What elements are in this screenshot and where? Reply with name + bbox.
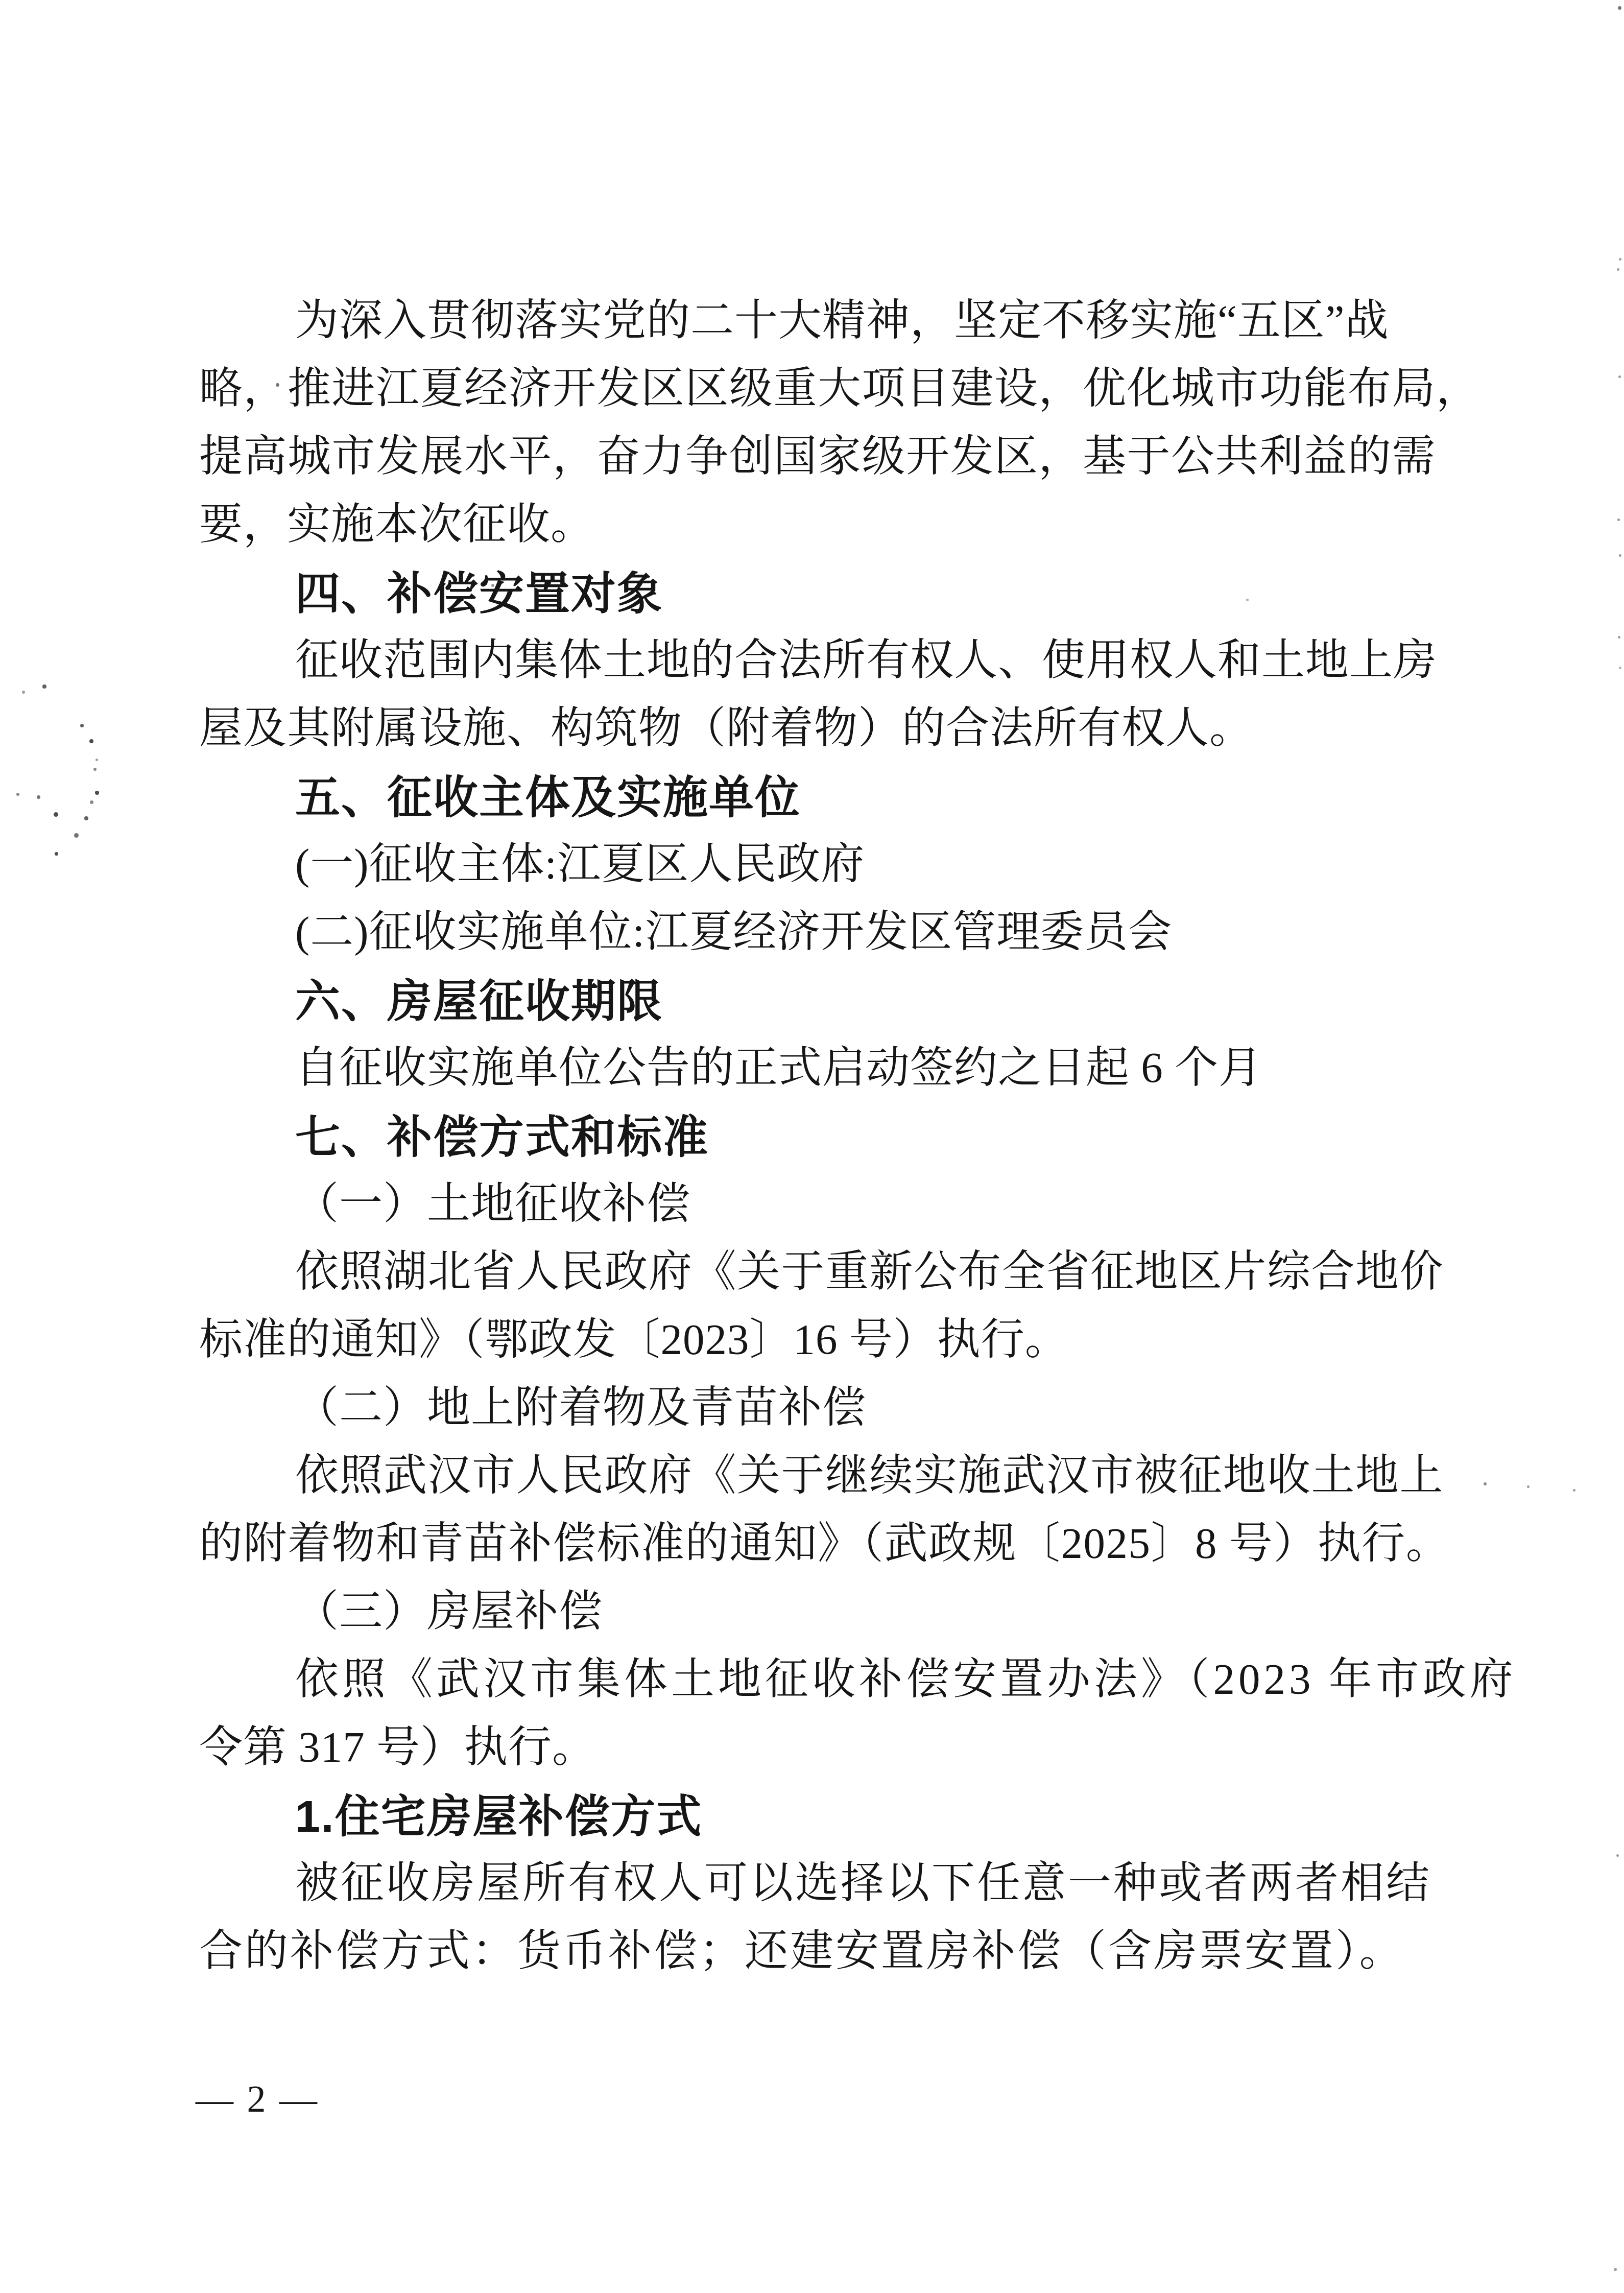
paragraph-line: 依照湖北省人民政府《关于重新公布全省征地区片综合地价 <box>295 1248 1444 1296</box>
scan-speck <box>1527 1485 1530 1488</box>
paragraph-line: 被征收房屋所有权人可以选择以下任意一种或者两者相结 <box>295 1859 1431 1908</box>
section-heading: 七、补偿方式和标准 <box>295 1112 709 1163</box>
paragraph-line: 的附着物和青苗补偿标准的通知》（武政规〔2025〕8 号）执行。 <box>199 1520 1450 1568</box>
paragraph-line: 自征收实施单位公告的正式启动签约之日起 6 个月 <box>295 1044 1262 1093</box>
list-item: (二)征收实施单位:江夏经济开发区管理委员会 <box>295 908 1172 957</box>
scan-speck <box>95 759 98 761</box>
section-heading: 六、房屋征收期限 <box>295 976 663 1027</box>
scan-speck <box>80 724 84 727</box>
section-heading: 1.住宅房屋补偿方式 <box>295 1791 702 1842</box>
scan-speck <box>1617 518 1620 521</box>
scan-speck <box>1619 667 1621 669</box>
paragraph-line: 合的补偿方式：货币补偿；还建安置房补偿（含房票安置）。 <box>199 1927 1405 1976</box>
list-item: (一)征收主体:江夏区人民政府 <box>295 840 865 889</box>
sub-heading: （二）地上附着物及青苗补偿 <box>295 1384 866 1432</box>
scanned-document-page: 为深入贯彻落实党的二十大精神，坚定不移实施“五区”战 略，推进江夏经济开发区区级… <box>0 0 1624 2293</box>
scan-speck <box>55 852 58 856</box>
scan-speck <box>1618 375 1621 378</box>
scan-speck <box>37 795 40 799</box>
paragraph-line: 征收范围内集体土地的合法所有权人、使用权人和土地上房 <box>295 636 1437 685</box>
sub-heading: （一）土地征收补偿 <box>295 1180 690 1228</box>
section-heading: 四、补偿安置对象 <box>295 569 663 619</box>
scan-speck <box>1617 268 1619 271</box>
paragraph-line: 标准的通知》（鄂政发〔2023〕16 号）执行。 <box>199 1316 1069 1364</box>
paragraph-line: 依照武汉市人民政府《关于继续实施武汉市被征地收土地上 <box>295 1452 1444 1500</box>
page-number: — 2 — <box>196 2078 319 2121</box>
scan-speck <box>74 833 79 838</box>
scan-speck <box>90 800 93 804</box>
paragraph-line: 令第 317 号）执行。 <box>199 1723 596 1772</box>
paragraph-line: 依照《武汉市集体土地征收补偿安置办法》（2023 年市政府 <box>295 1656 1517 1704</box>
scan-speck <box>1484 1482 1487 1485</box>
scan-speck <box>16 793 19 796</box>
scan-speck <box>1619 258 1621 261</box>
scan-speck <box>1614 2268 1617 2271</box>
scan-speck <box>1616 1854 1619 1857</box>
scan-speck <box>89 739 93 743</box>
scan-speck <box>1618 6 1621 10</box>
scan-speck <box>1573 1489 1575 1492</box>
scan-speck <box>491 584 494 587</box>
scan-speck <box>1618 636 1620 639</box>
paragraph-line: 为深入贯彻落实党的二十大精神，坚定不移实施“五区”战 <box>295 297 1389 345</box>
scan-speck <box>1619 554 1621 557</box>
paragraph-line: 屋及其附属设施、构筑物（附着物）的合法所有权人。 <box>199 704 1253 753</box>
scan-speck <box>95 791 99 795</box>
sub-heading: （三）房屋补偿 <box>295 1588 603 1636</box>
section-heading: 五、征收主体及实施单位 <box>295 772 801 823</box>
paragraph-line: 要，实施本次征收。 <box>199 501 594 549</box>
scan-speck <box>1246 599 1249 601</box>
scan-speck <box>22 691 25 694</box>
scan-speck <box>93 768 97 771</box>
scan-speck <box>42 684 46 689</box>
paragraph-line: 略，推进江夏经济开发区区级重大项目建设，优化城市功能布局， <box>199 365 1480 413</box>
scan-speck <box>276 383 279 387</box>
paragraph-line: 提高城市发展水平，奋力争创国家级开发区，基于公共利益的需 <box>199 433 1436 481</box>
scan-speck <box>84 816 88 820</box>
scan-speck <box>54 812 58 817</box>
